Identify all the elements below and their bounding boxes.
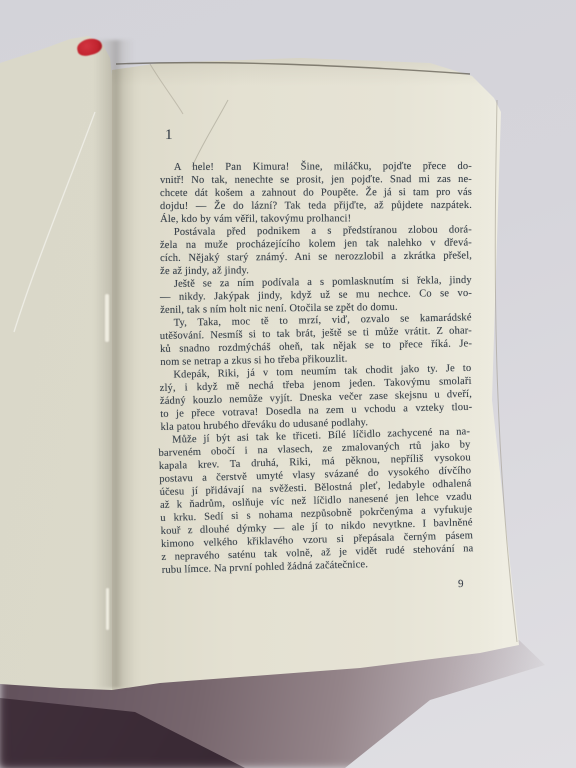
- text-line: cích. Nějaký starý známý. Ani se nerozzl…: [160, 249, 472, 265]
- paragraph: Může jí být asi tak ke třiceti. Bílé líč…: [158, 425, 474, 577]
- book-gutter: [94, 40, 134, 688]
- text-line: vnitř! No tak, nenechte se prosit, jen p…: [160, 173, 472, 187]
- chapter-number: 1: [165, 125, 472, 145]
- body-paragraphs: A hele! Pan Kimura! Šine, miláčku, pojďt…: [160, 161, 472, 577]
- page-text: 1 A hele! Pan Kimura! Šine, miláčku, poj…: [160, 125, 472, 577]
- binding-stitch: [106, 588, 109, 630]
- paragraph: Postávala před podnikem a s předstíranou…: [160, 223, 472, 278]
- text-line: A hele! Pan Kimura! Šine, miláčku, pojďt…: [160, 160, 472, 174]
- binding-stitch: [105, 294, 109, 342]
- paragraph: Ty, Taka, moc tě to mrzí, viď, ozvalo se…: [160, 311, 473, 369]
- text-line: dojdu! — Že do lázní? Tak teda přijďte, …: [160, 199, 472, 213]
- photograph-open-book: 1 A hele! Pan Kimura! Šine, miláčku, poj…: [0, 0, 576, 768]
- paragraph: A hele! Pan Kimura! Šine, miláčku, pojďt…: [160, 160, 472, 226]
- paragraph: Kdepák, Riki, já v tom neumím tak chodit…: [159, 362, 472, 434]
- paragraph: Ještě se za ním podívala a s pomlasknutí…: [160, 274, 472, 317]
- page-number: 9: [458, 578, 464, 590]
- text-line: chcete dát košem a zahnout do Poupěte. Ž…: [160, 186, 472, 200]
